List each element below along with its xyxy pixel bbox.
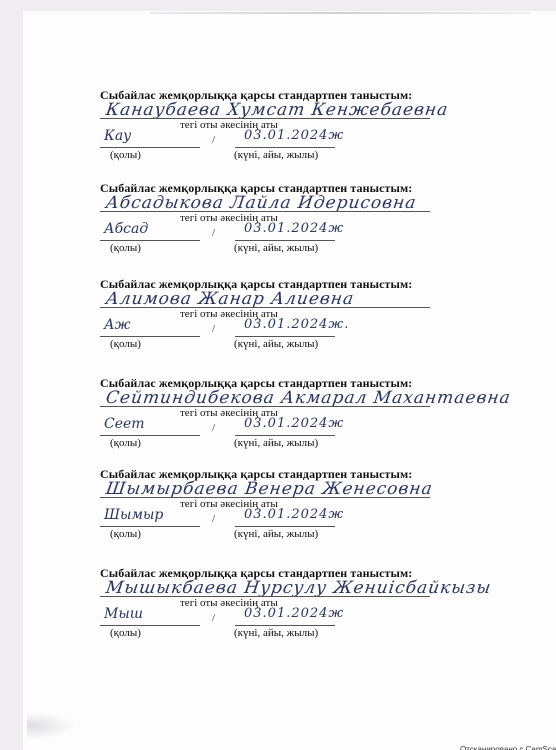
handwritten-signature: Мыш	[104, 606, 143, 622]
handwritten-signature: Сеет	[104, 416, 145, 432]
date-label: (күні, айы, жылы)	[234, 242, 318, 254]
handwritten-date: 03.01.2024ж	[244, 128, 344, 143]
handwritten-full-name: Шымырбаева Венера Женесовна	[105, 479, 435, 499]
separator: /	[212, 227, 215, 239]
separator: /	[212, 323, 215, 335]
signature-label: (қолы)	[110, 338, 141, 350]
separator: /	[212, 134, 215, 146]
signature-underline	[100, 240, 200, 241]
separator: /	[212, 612, 215, 624]
signature-block: Сыбайлас жемқорлыққа қарсы стандартпен т…	[100, 376, 460, 466]
date-underline	[235, 147, 335, 148]
date-label: (күні, айы, жылы)	[234, 338, 318, 350]
signature-label: (қолы)	[110, 528, 141, 540]
handwritten-date: 03.01.2024ж.	[244, 317, 349, 332]
handwritten-full-name: Сейтиндибекова Акмарал Махантаевна	[105, 388, 513, 408]
signature-underline	[100, 435, 200, 436]
handwritten-date: 03.01.2024ж	[244, 416, 344, 431]
signature-label: (қолы)	[110, 437, 141, 449]
date-underline	[235, 435, 335, 436]
handwritten-full-name: Мышыкбаева Нурсулу Жениісбайкызы	[105, 578, 493, 598]
scan-smudge	[27, 712, 77, 740]
signature-label: (қолы)	[110, 627, 141, 639]
handwritten-full-name: Алимова Жанар Алиевна	[105, 289, 356, 309]
separator: /	[212, 513, 215, 525]
handwritten-signature: Кау	[104, 128, 131, 144]
date-underline	[235, 336, 335, 337]
date-underline	[235, 240, 335, 241]
separator: /	[212, 422, 215, 434]
date-label: (күні, айы, жылы)	[234, 437, 318, 449]
handwritten-date: 03.01.2024ж	[244, 221, 344, 236]
handwritten-signature: Абсад	[104, 221, 148, 237]
date-underline	[235, 625, 335, 626]
signature-label: (қолы)	[110, 242, 141, 254]
signature-underline	[100, 625, 200, 626]
handwritten-full-name: Канаубаева Хумсат Кенжебаевна	[105, 100, 450, 120]
signature-block: Сыбайлас жемқорлыққа қарсы стандартпен т…	[100, 181, 460, 271]
signature-underline	[100, 336, 200, 337]
handwritten-date: 03.01.2024ж	[244, 606, 344, 621]
signature-block: Сыбайлас жемқорлыққа қарсы стандартпен т…	[100, 88, 460, 178]
date-underline	[235, 526, 335, 527]
handwritten-date: 03.01.2024ж	[244, 507, 344, 522]
signature-underline	[100, 147, 200, 148]
date-label: (күні, айы, жылы)	[234, 528, 318, 540]
signature-block: Сыбайлас жемқорлыққа қарсы стандартпен т…	[100, 277, 460, 367]
signature-label: (қолы)	[110, 149, 141, 161]
signature-block: Сыбайлас жемқорлыққа қарсы стандартпен т…	[100, 566, 460, 656]
handwritten-signature: Аж	[104, 317, 131, 333]
date-label: (күні, айы, жылы)	[234, 627, 318, 639]
date-label: (күні, айы, жылы)	[234, 149, 318, 161]
scan-artifact	[150, 12, 530, 14]
signature-block: Сыбайлас жемқорлыққа қарсы стандартпен т…	[100, 467, 460, 557]
scanner-watermark: Отсканировано с CamScanner	[460, 745, 556, 750]
handwritten-full-name: Абсадыкова Лайла Идерисовна	[105, 193, 418, 213]
handwritten-signature: Шымыр	[104, 507, 163, 523]
signature-underline	[100, 526, 200, 527]
